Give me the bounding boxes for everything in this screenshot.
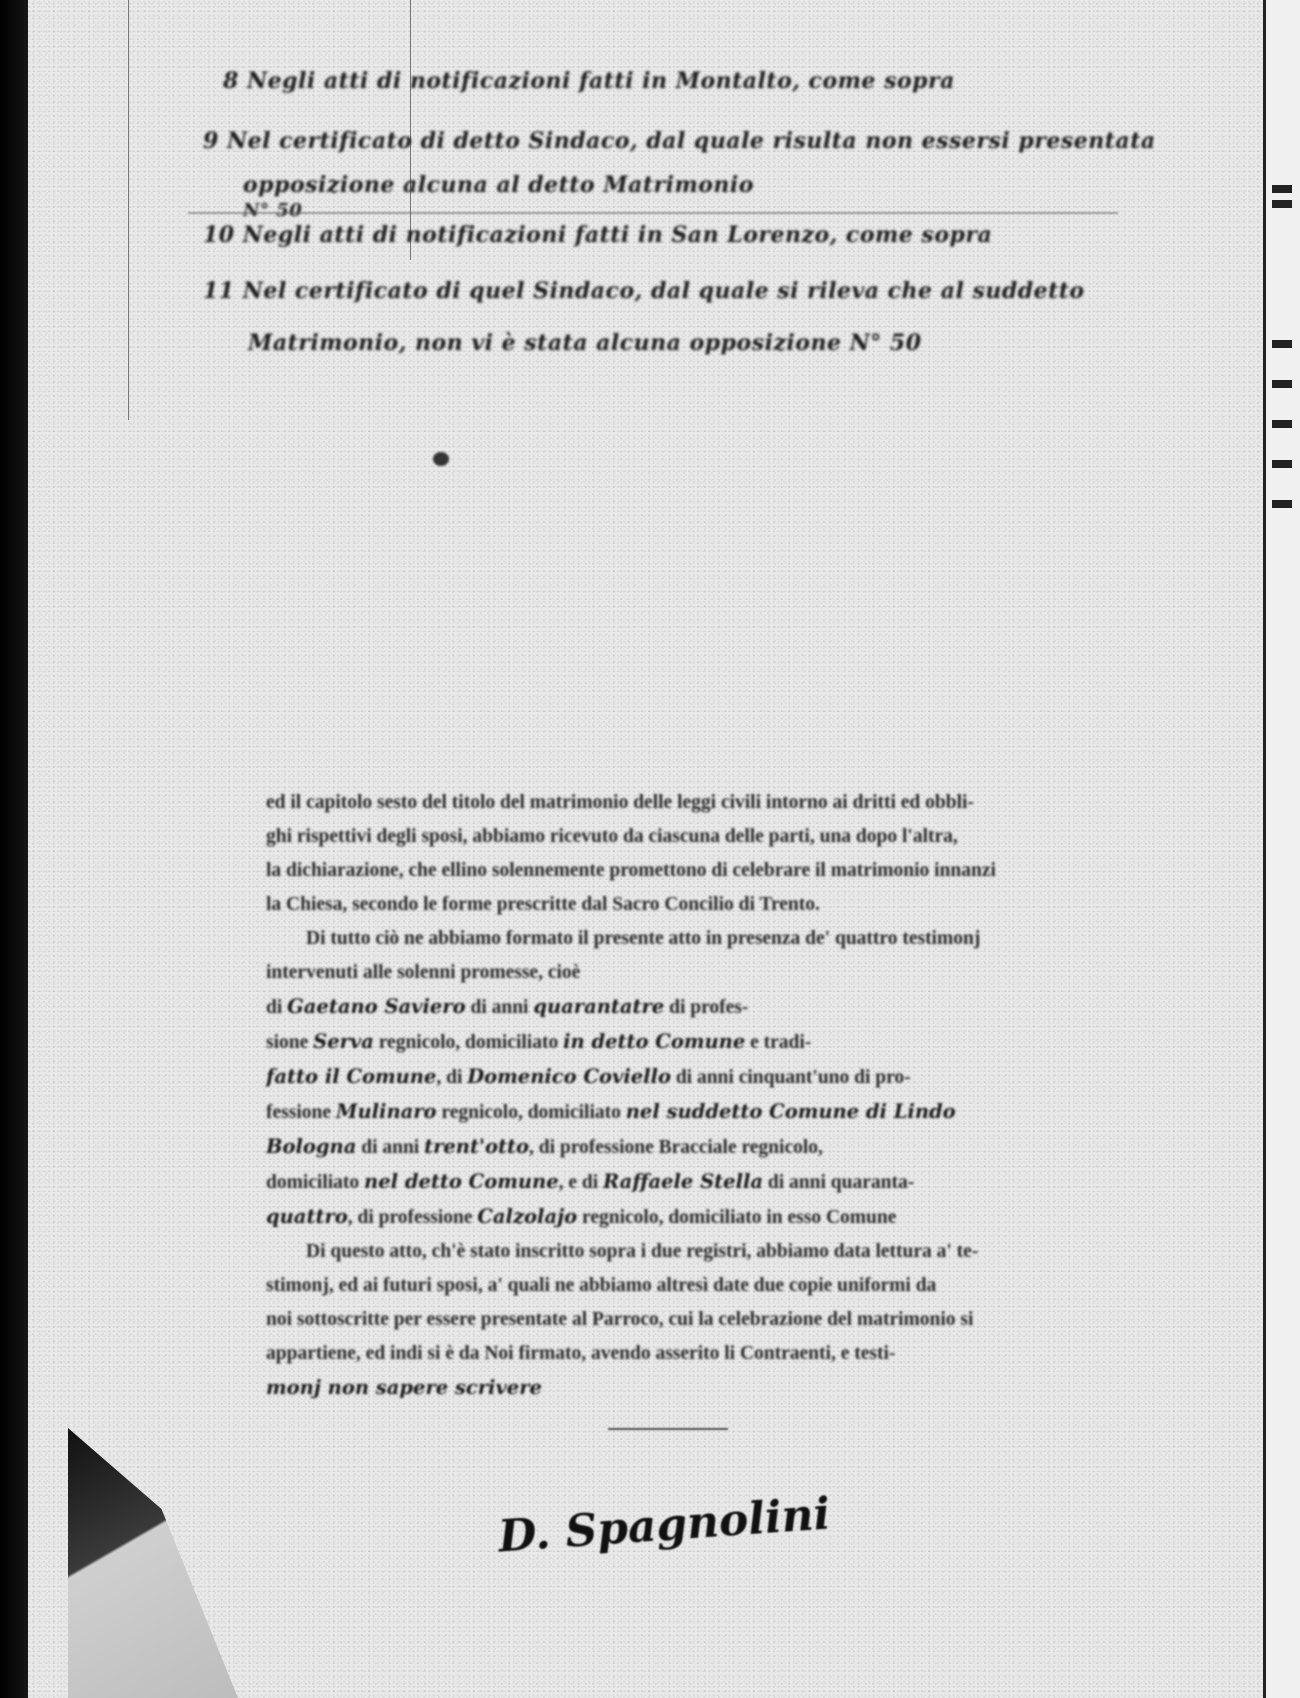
note-11-continued: Matrimonio, non vi è stata alcuna opposi… [248, 330, 922, 356]
note-9: 9 Nel certificato di detto Sindaco, dal … [203, 128, 1156, 154]
witness-line: quattro, di professione Calzolajo regnic… [266, 1200, 1136, 1235]
official-signature: D. Spagnolini [497, 1488, 832, 1562]
witness-line: domiciliato nel detto Comune, e di Raffa… [266, 1165, 1136, 1200]
witness-line: sione Serva regnicolo, domiciliato in de… [266, 1025, 1136, 1060]
witness-line: di Gaetano Saviero di anni quarantatre d… [266, 990, 1136, 1025]
adjacent-page-edge [1263, 0, 1300, 1698]
note-8: 8 Negli atti di notificazioni fatti in M… [223, 68, 955, 94]
witness-line: fessione Mulinaro regnicolo, domiciliato… [266, 1095, 1136, 1130]
printed-paragraph-1: ed il capitolo sesto del titolo del matr… [266, 786, 1136, 1405]
witness-line: Bologna di anni trent'otto, di professio… [266, 1130, 1136, 1165]
note-9-continued: opposizione alcuna al detto Matrimonio [243, 172, 754, 198]
margin-line [128, 0, 129, 420]
note-9-number-mark: N° 50 [243, 200, 302, 221]
ink-blot [433, 452, 449, 466]
witness-line: fatto il Comune, di Domenico Coviello di… [266, 1060, 1136, 1095]
note-11: 11 Nel certificato di quel Sindaco, dal … [203, 278, 1085, 304]
closing-rule [608, 1428, 728, 1430]
strike-line [188, 212, 1118, 214]
note-10: 10 Negli atti di notificazioni fatti in … [203, 222, 992, 248]
page-corner-shadow [68, 1428, 238, 1698]
document-page: 8 Negli atti di notificazioni fatti in M… [28, 0, 1268, 1698]
